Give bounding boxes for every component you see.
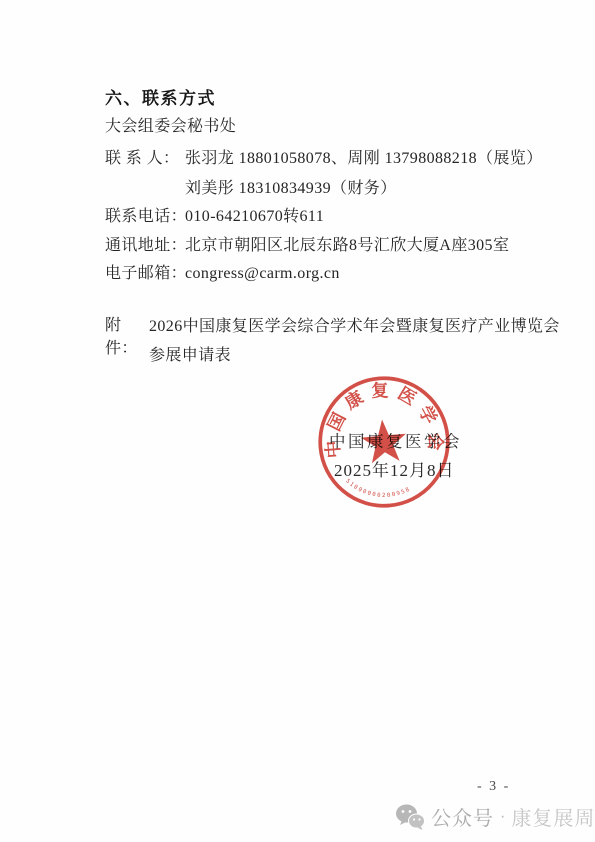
contact-person-value-2: 刘美彤 18310834939（财务）	[185, 180, 397, 197]
attachment-note: 附件： 2026中国康复医学会综合学术年会暨康复医疗产业博览会 参展申请表	[105, 312, 560, 370]
mailing-address-label: 通讯地址：	[105, 232, 185, 255]
mailing-address-value: 北京市朝阳区北辰东路8号汇欣大厦A座305室	[185, 237, 509, 254]
email-row: 电子邮箱：congress@carm.org.cn	[105, 260, 340, 283]
contact-person-row: 联 系 人：张羽龙 18801058078、周刚 13798088218（展览）	[105, 145, 543, 168]
attachment-label: 附件：	[105, 312, 149, 370]
attachment-body: 2026中国康复医学会综合学术年会暨康复医疗产业博览会 参展申请表	[149, 312, 560, 370]
wechat-account-name: 康复展周刚	[511, 802, 595, 831]
contact-person-label: 联 系 人：	[105, 145, 185, 168]
mailing-address-row: 通讯地址：北京市朝阳区北辰东路8号汇欣大厦A座305室	[105, 232, 509, 255]
email-label: 电子邮箱：	[105, 260, 185, 283]
official-seal-stamp: 中国康复医学会 51000000200958	[306, 364, 462, 520]
email-value: congress@carm.org.cn	[185, 265, 340, 282]
page-number: - 3 -	[477, 779, 510, 795]
wechat-icon	[395, 803, 425, 831]
contact-person-row-2: 刘美彤 18310834939（财务）	[105, 175, 397, 198]
seal-graphic: 中国康复医学会 51000000200958	[306, 364, 462, 520]
watermark-footer: 公众号 · 康复展周刚	[395, 802, 595, 831]
footer-separator: ·	[500, 808, 505, 826]
contact-phone-row: 联系电话：010-64210670转611	[105, 203, 324, 226]
contact-person-value: 张羽龙 18801058078、周刚 13798088218（展览）	[185, 150, 543, 167]
attachment-title-line1: 2026中国康复医学会综合学术年会暨康复医疗产业博览会	[149, 318, 560, 335]
secretariat-line: 大会组委会秘书处	[105, 113, 236, 136]
section-heading: 六、联系方式	[105, 84, 216, 109]
attachment-title-line2: 参展申请表	[149, 347, 231, 364]
wechat-account-label: 公众号	[431, 802, 494, 831]
contact-phone-value: 010-64210670转611	[185, 208, 324, 225]
seal-star-icon	[360, 417, 409, 464]
document-page: 六、联系方式 大会组委会秘书处 联 系 人：张羽龙 18801058078、周刚…	[0, 0, 595, 842]
contact-phone-label: 联系电话：	[105, 203, 185, 226]
